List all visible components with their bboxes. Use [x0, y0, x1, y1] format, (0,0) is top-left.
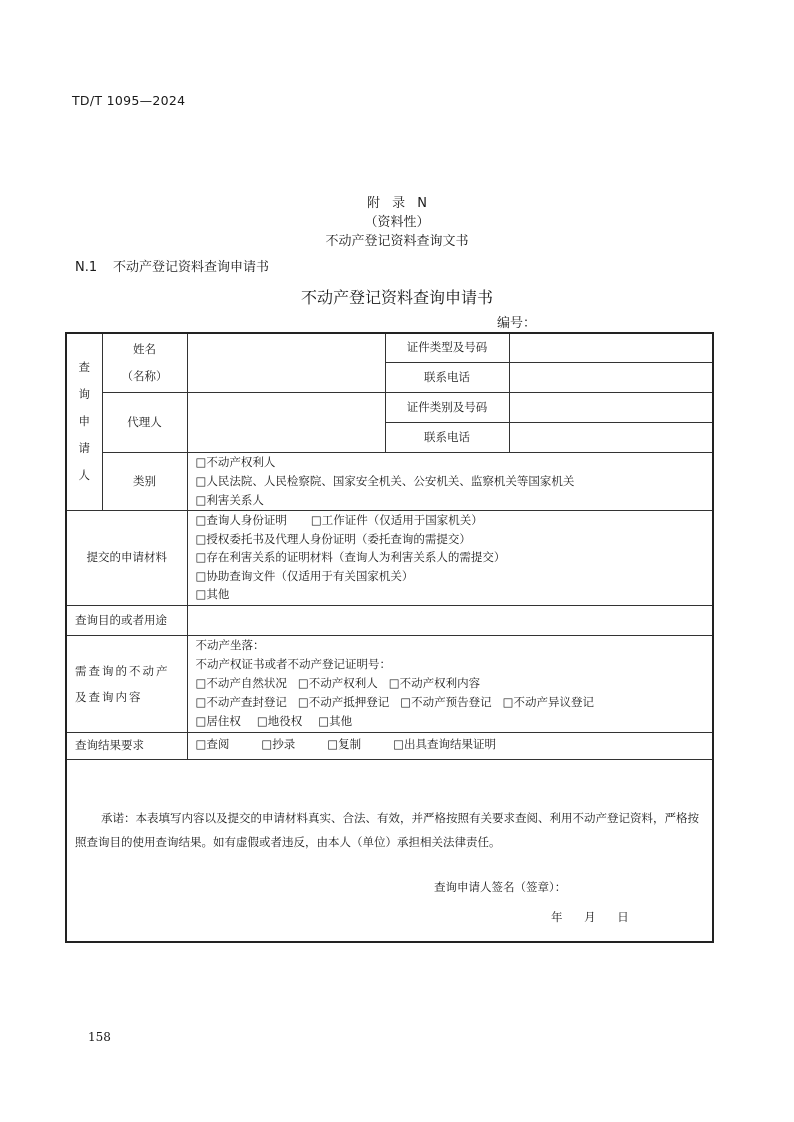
result-options: □查阅□抄录□复制□出具查询结果证明 [187, 732, 713, 759]
result-checkbox-certificate[interactable]: □出具查询结果证明 [393, 737, 496, 751]
category-label: 类别 [102, 452, 187, 510]
result-checkbox-transcribe[interactable]: □抄录 [261, 737, 295, 751]
phone-label: 联系电话 [385, 362, 509, 392]
agent-id-type-label: 证件类别及号码 [385, 392, 509, 422]
promise-section: 承诺：本表填写内容以及提交的申请材料真实、合法、有效，并严格按照有关要求查阅、利… [66, 759, 713, 942]
category-checkbox-right-holder[interactable]: □不动产权利人 [196, 453, 705, 472]
content-checkbox-right-holder[interactable]: □不动产权利人 [298, 676, 378, 690]
content-checkbox-mortgage[interactable]: □不动产抵押登记 [298, 695, 389, 709]
content-checkbox-seizure[interactable]: □不动产查封登记 [196, 695, 287, 709]
page-number: 158 [88, 1030, 111, 1044]
signature-label: 查询申请人签名（签章）： [434, 878, 566, 897]
promise-text: 承诺：本表填写内容以及提交的申请材料真实、合法、有效，并严格按照有关要求查阅、利… [75, 806, 704, 854]
content-checkbox-objection[interactable]: □不动产异议登记 [503, 695, 594, 709]
material-checkbox-authorization[interactable]: □授权委托书及代理人身份证明（委托查询的需提交） [196, 530, 705, 549]
id-type-label: 证件类型及号码 [385, 333, 509, 362]
content-checkbox-natural-status[interactable]: □不动产自然状况 [196, 676, 287, 690]
material-checkbox-assistance-doc[interactable]: □协助查询文件（仅适用于有关国家机关） [196, 567, 705, 586]
content-checkbox-other[interactable]: □其他 [318, 714, 352, 728]
category-checkbox-state-organ[interactable]: □人民法院、人民检察院、国家安全机关、公安机关、监察机关等国家机关 [196, 472, 705, 491]
serial-number-label: 编号： [497, 312, 536, 331]
agent-id-number-field[interactable] [509, 392, 713, 422]
name-label: 姓名 （名称） [102, 333, 187, 392]
agent-label: 代理人 [102, 392, 187, 452]
content-checkbox-advance-notice[interactable]: □不动产预告登记 [400, 695, 491, 709]
purpose-field[interactable] [187, 605, 713, 635]
standard-code: TD/T 1095—2024 [72, 93, 185, 108]
date-label: 年 月 日 [551, 908, 629, 927]
appendix-nature: （资料性） [0, 211, 794, 230]
property-cert-label: 不动产权证书或者不动产登记证明号： [196, 655, 705, 674]
application-form-table: 查 询 申 请 人 姓名 （名称） 证件类型及号码 联系电话 代理人 证件类别及… [65, 332, 714, 943]
agent-phone-field[interactable] [509, 422, 713, 452]
material-checkbox-id[interactable]: □查询人身份证明 [196, 513, 287, 527]
section-title: 不动产登记资料查询申请书 [113, 260, 269, 275]
materials-options: □查询人身份证明□工作证件（仅适用于国家机关） □授权委托书及代理人身份证明（委… [187, 510, 713, 605]
appendix-title: 不动产登记资料查询文书 [0, 230, 794, 249]
material-checkbox-work-id[interactable]: □工作证件（仅适用于国家机关） [311, 513, 483, 527]
content-checkbox-easement[interactable]: □地役权 [257, 714, 302, 728]
agent-field[interactable] [187, 392, 385, 452]
category-checkbox-interested-party[interactable]: □利害关系人 [196, 491, 705, 510]
section-heading: N.1不动产登记资料查询申请书 [75, 256, 269, 275]
content-checkbox-right-content[interactable]: □不动产权利内容 [389, 676, 480, 690]
id-number-field[interactable] [509, 333, 713, 362]
property-label: 需查询的不动产及查询内容 [66, 635, 187, 732]
appendix-label: 附 录 N [0, 192, 794, 211]
result-label: 查询结果要求 [66, 732, 187, 759]
material-checkbox-interest-proof[interactable]: □存在利害关系的证明材料（查询人为利害关系人的需提交） [196, 548, 705, 567]
name-field[interactable] [187, 333, 385, 392]
property-options: 不动产坐落： 不动产权证书或者不动产登记证明号： □不动产自然状况□不动产权利人… [187, 635, 713, 732]
content-checkbox-residence-right[interactable]: □居住权 [196, 714, 241, 728]
materials-label: 提交的申请材料 [66, 510, 187, 605]
material-checkbox-other[interactable]: □其他 [196, 585, 705, 604]
property-location-label: 不动产坐落： [196, 636, 705, 655]
category-options: □不动产权利人 □人民法院、人民检察院、国家安全机关、公安机关、监察机关等国家机… [187, 452, 713, 510]
applicant-group-label: 查 询 申 请 人 [66, 333, 102, 510]
purpose-label: 查询目的或者用途 [66, 605, 187, 635]
form-title: 不动产登记资料查询申请书 [0, 285, 794, 308]
result-checkbox-copy[interactable]: □复制 [327, 737, 361, 751]
agent-phone-label: 联系电话 [385, 422, 509, 452]
section-number: N.1 [75, 260, 113, 275]
result-checkbox-view[interactable]: □查阅 [196, 737, 230, 751]
phone-field[interactable] [509, 362, 713, 392]
